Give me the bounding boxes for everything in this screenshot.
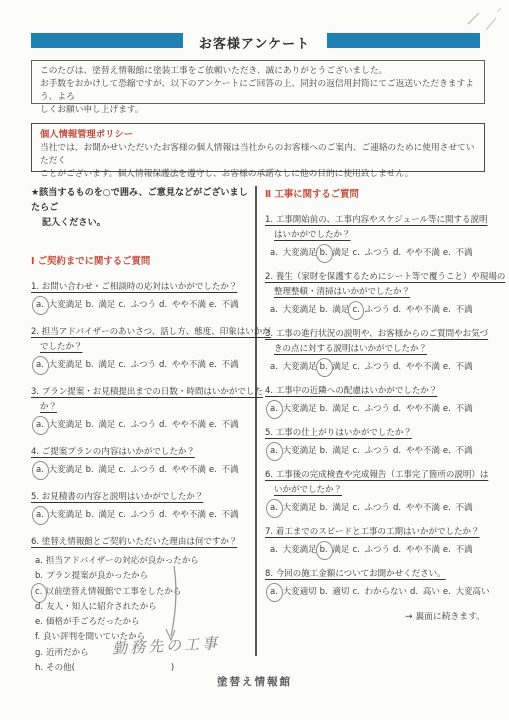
option-label: ふつう [362,362,390,372]
option-label: 大変満足 [46,300,83,310]
option-key: b. [320,585,328,599]
option-c: c. ふつう [352,446,390,456]
option-key: d. [159,358,167,372]
circled-answer-mark: c. [35,585,42,600]
right-column: Ⅱ 工事に関するご質問 1. 工事開始前の、工事内容やスケジュール等に関する説明… [265,186,487,622]
text-line: きの点に対する説明はいかがでしたか？ [265,342,487,357]
option-key: b. [320,444,328,458]
option-key: e. [209,298,217,312]
option-key: c. [118,418,125,432]
option-d: d. やや不満 [159,465,206,475]
option-label: 満足 [330,404,350,414]
option-e: e. 不満 [443,545,473,555]
s2-question-2: 2. 養生（家財を保護するためにシート等で覆うこと）や現場の整理整頓・清掃はいか… [265,270,487,317]
option-key: d. [393,402,401,416]
option-b: b. 満足 [320,545,350,555]
option-label: 大変満足 [280,248,317,258]
text-line: 3. プラン提案・お見積提出までの日数・時間はいかがでした [31,385,253,400]
s1-q1-title: 1. お問い合わせ・ご相談時の応対はいかがでしたか？ [31,280,253,295]
choice-key: a. [35,554,43,569]
survey-page: お客様アンケート このたびは、塗替え情報館に塗装工事をご依頼いただき、誠にありが… [0,0,509,720]
option-key: d. [159,508,167,522]
text-line: 4. 工事中の近隣への配慮はいかがでしたか？ [265,384,487,399]
s2-q2-options: a. 大変満足b. 満足c. ふつうd. やや不満e. 不満 [265,303,487,317]
option-d: d. やや不満 [393,446,440,456]
text-line: しくお願い申し上げます。 [40,104,476,117]
instruction-note: ★該当するものを○で囲み、ご意見などがございましたらご記入ください。 [31,186,253,231]
text-line: 2. 養生（家財を保護するためにシート等で覆うこと）や現場の [265,270,487,285]
text-line: 1. お問い合わせ・ご相談時の応対はいかがでしたか？ [31,280,253,295]
option-label: ふつう [362,446,390,456]
option-b: b. 満足 [320,503,350,513]
option-c: c. ふつう [352,362,390,372]
option-d: d. やや不満 [393,404,440,414]
left-column: ★該当するものを○で囲み、ご意見などがございましたらご記入ください。 Ⅰ ご契約… [31,186,253,689]
option-label: やや不満 [403,503,440,513]
option-key: d. [159,298,167,312]
option-c: c. わからない [352,587,407,597]
s2-question-8: 8. 今回の施工金額についてお聞かせください。 a. 大変適切b. 適切c. わ… [265,567,487,599]
s2-q7-options: a. 大変満足b. 満足c. ふつうd. やや不満e. 不満 [265,543,487,557]
option-c: c. ふつう [352,545,390,555]
option-label: 高い [420,587,440,597]
option-key: e. [443,444,451,458]
option-label: 不満 [219,510,239,520]
choice-key: f. [35,630,40,645]
option-label: 満足 [96,420,116,430]
option-d: d. やや不満 [159,360,206,370]
option-a: a. 大変満足 [270,545,317,555]
option-label: 満足 [330,305,350,315]
choice-label: 以前塗替え情報館で工事をしたから [45,587,181,597]
option-label: 大変満足 [46,420,83,430]
choice-label: プラン提案が良かったから [46,571,148,581]
option-c: c. ふつう [352,503,390,513]
option-b: b. 満足 [320,305,350,315]
circled-answer-mark: a. [270,585,278,599]
option-label: 満足 [96,300,116,310]
s2-question-5: 5. 工事の仕上がりはいかがでしたか？ a. 大変満足b. 満足c. ふつうd.… [265,426,487,458]
circled-answer-mark: a. [36,358,44,372]
s1-q4-options: a. 大変満足b. 満足c. ふつうd. やや不満e. 不満 [31,463,253,477]
option-b: b. 満足 [320,362,350,372]
option-e: e. 不満 [209,510,239,520]
policy-body: 当社では、お聞かせいただいたお客様の個人情報は当社からのお客様へのご案内、ご連絡… [40,142,476,181]
text-line: でしたか？ [31,340,253,355]
option-key: e. [443,402,451,416]
option-label: 満足 [330,446,350,456]
s2-q6-options: a. 大変満足b. 満足c. ふつうd. やや不満e. 不満 [265,501,487,515]
s2-q2-title: 2. 養生（家財を保護するためにシート等で覆うこと）や現場の整理整頓・清掃はいか… [265,270,487,300]
option-a: a. 大変満足 [36,300,83,310]
option-key: e. [443,303,451,317]
option-label: やや不満 [403,305,440,315]
text-line: お手数をおかけして恐縮ですが、以下のアンケートにご回答の上、同封の返信用封筒にて… [40,78,476,104]
section1-heading: Ⅰ ご契約までに関するご質問 [31,253,253,267]
option-key: c. [118,508,125,522]
s2-question-6: 6. 工事後の完成検査や完成報告（工事完了箇所の説明）はいかがでしたか？ a. … [265,468,487,515]
circled-answer-mark: b. [320,543,328,557]
option-label: 不満 [453,248,473,258]
circled-answer-mark: c. [352,303,359,317]
column-divider [255,186,257,656]
option-key: c. [352,360,359,374]
circled-answer-mark: a. [36,298,44,312]
option-key: a. [270,303,278,317]
text-line: はいかがでしたか？ [265,228,487,243]
option-key: e. [443,501,451,515]
option-key: d. [393,543,401,557]
option-label: ふつう [128,360,156,370]
option-key: b. [320,303,328,317]
option-label: 大変満足 [46,465,83,475]
option-c: c. ふつう [352,248,390,258]
choice-suffix: ) [171,663,174,673]
policy-heading: 個人情報管理ポリシー [40,128,476,141]
choice-key: e. [35,615,43,630]
option-label: 満足 [330,503,350,513]
option-label: 大変適切 [280,587,317,597]
option-label: 大変満足 [280,404,317,414]
option-key: b. [86,298,94,312]
option-label: 適切 [330,587,350,597]
option-label: やや不満 [169,465,206,475]
text-line: 5. 工事の仕上がりはいかがでしたか？ [265,426,487,441]
section2-heading: Ⅱ 工事に関するご質問 [265,186,487,200]
choice-a: a.担当アドバイザーの対応が良かったから [35,554,253,569]
choice-d: d.友人・知人に紹介されたから [35,600,253,615]
s2-q3-options: a. 大変満足b. 満足c. ふつうd. やや不満e. 不満 [265,360,487,374]
option-e: e. 不満 [443,248,473,258]
text-line: 5. お見積書の内容と説明はいかがでしたか？ [31,490,253,505]
option-label: 不満 [453,446,473,456]
option-label: わからない [362,587,407,597]
s1-question-5: 5. お見積書の内容と説明はいかがでしたか？ a. 大変満足b. 満足c. ふつ… [31,490,253,522]
choice-label: その他( [46,663,75,673]
policy-box: 個人情報管理ポリシー 当社では、お聞かせいただいたお客様の個人情報は当社からのお… [31,123,485,172]
text-line: 当社では、お聞かせいただいたお客様の個人情報は当社からのお客様へのご案内、ご連絡… [40,142,476,168]
option-key: d. [159,463,167,477]
option-label: 不満 [453,545,473,555]
s1-question-1: 1. お問い合わせ・ご相談時の応対はいかがでしたか？ a. 大変満足b. 満足c… [31,280,253,312]
option-b: b. 満足 [320,404,350,414]
option-e: e. 不満 [443,503,473,513]
option-label: 大変高い [453,587,490,597]
option-key: c. [352,543,359,557]
s2-question-1: 1. 工事開始前の、工事内容やスケジュール等に関する説明はいかがでしたか？ a.… [265,213,487,260]
text-line: 6. 工事後の完成検査や完成報告（工事完了箇所の説明）は [265,468,487,483]
s2-q6-title: 6. 工事後の完成検査や完成報告（工事完了箇所の説明）はいかがでしたか？ [265,468,487,498]
option-e: e. 不満 [209,300,239,310]
option-c: c. ふつう [118,510,156,520]
s2-q4-title: 4. 工事中の近隣への配慮はいかがでしたか？ [265,384,487,399]
s2-q4-options: a. 大変満足b. 満足c. ふつうd. やや不満e. 不満 [265,402,487,416]
option-a: a. 大変満足 [270,404,317,414]
option-key: d. [159,418,167,432]
option-c: c. ふつう [118,420,156,430]
choice-label: 価格が手ごろだったから [46,617,140,627]
option-b: b. 満足 [86,360,116,370]
choice-b: b.プラン提案が良かったから [35,569,253,584]
option-key: e. [209,463,217,477]
option-a: a. 大変満足 [270,248,317,258]
option-label: 不満 [219,360,239,370]
circled-answer-mark: b. [320,246,328,260]
option-d: d. やや不満 [159,510,206,520]
circled-answer-mark: a. [36,418,44,432]
option-b: b. 満足 [86,300,116,310]
circled-answer-mark: a. [36,508,44,522]
option-key: c. [118,298,125,312]
s1-question-2: 2. 担当アドバイザーのあいさつ、話し方、態度、印象はいかがでしたか？ a. 大… [31,325,253,372]
s2-q5-title: 5. 工事の仕上がりはいかがでしたか？ [265,426,487,441]
option-d: d. やや不満 [159,420,206,430]
option-c: c. ふつう [118,360,156,370]
option-d: d. やや不満 [393,545,440,555]
text-line: 記入ください。 [31,216,253,231]
option-label: 大変満足 [280,503,317,513]
s1-question-3: 3. プラン提案・お見積提出までの日数・時間はいかがでしたか？ a. 大変満足b… [31,385,253,432]
option-c: c. ふつう [118,465,156,475]
option-label: ふつう [362,503,390,513]
option-label: 不満 [453,362,473,372]
option-label: 大変満足 [46,360,83,370]
text-line: ことがございます。個人情報保護法を遵守し、お客様の承諾なしに他の目的に使用致しま… [40,168,476,181]
option-a: a. 大変満足 [270,362,317,372]
choice-c: c.以前塗替え情報館で工事をしたから [35,585,253,600]
choice-e: e.価格が手ごろだったから [35,615,253,630]
option-label: 不満 [219,420,239,430]
text-line: 2. 担当アドバイザーのあいさつ、話し方、態度、印象はいかが [31,325,253,340]
option-e: e. 不満 [209,420,239,430]
text-line: 6. 塗替え情報館とご契約いただいた理由は何ですか？ [31,535,253,550]
option-key: b. [86,463,94,477]
option-label: 大変満足 [280,362,317,372]
option-e: e. 不満 [443,404,473,414]
option-key: c. [118,358,125,372]
choice-key: g. [35,646,43,661]
option-label: 不満 [219,465,239,475]
text-line: 8. 今回の施工金額についてお聞かせください。 [265,567,487,582]
option-a: a. 大変満足 [270,503,317,513]
option-d: d. やや不満 [159,300,206,310]
option-label: ふつう [128,420,156,430]
option-label: やや不満 [169,420,206,430]
text-line: ★該当するものを○で囲み、ご意見などがございましたらご [31,186,253,216]
option-key: e. [443,585,451,599]
option-e: e. 不満 [209,360,239,370]
option-key: e. [443,543,451,557]
option-key: c. [352,501,359,515]
option-label: ふつう [128,300,156,310]
option-label: 大変満足 [280,545,317,555]
option-d: d. やや不満 [393,305,440,315]
option-b: b. 満足 [86,510,116,520]
s2-question-3: 3. 工事の進行状況の説明や、お客様からのご質問やお気づきの点に対する説明はいか… [265,327,487,374]
option-c: c. ふつう [118,300,156,310]
option-key: d. [393,246,401,260]
option-key: b. [86,418,94,432]
footer-logo: 塗替え情報館 [0,674,509,689]
option-key: b. [320,402,328,416]
option-key: e. [209,508,217,522]
choice-label: 担当アドバイザーの対応が良かったから [46,556,199,566]
circled-answer-mark: a. [36,463,44,477]
circled-answer-mark: a. [270,501,278,515]
text-line: 3. 工事の進行状況の説明や、お客様からのご質問やお気づ [265,327,487,342]
option-key: e. [443,360,451,374]
option-b: b. 満足 [320,248,350,258]
option-label: 大変満足 [280,305,317,315]
option-label: 満足 [96,360,116,370]
text-line: 1. 工事開始前の、工事内容やスケジュール等に関する説明 [265,213,487,228]
option-c: c. ふつう [352,404,390,414]
option-label: ふつう [128,465,156,475]
option-label: やや不満 [169,360,206,370]
s2-question-7: 7. 着工までのスピードと工事の工期はいかがでしたか？ a. 大変満足b. 満足… [265,525,487,557]
option-label: やや不満 [403,404,440,414]
option-e: e. 不満 [443,305,473,315]
option-e: e. 不満 [209,465,239,475]
s1-q2-options: a. 大変満足b. 満足c. ふつうd. やや不満e. 不満 [31,358,253,372]
option-label: 不満 [219,300,239,310]
option-label: ふつう [362,404,390,414]
option-label: 不満 [453,305,473,315]
s2-q1-title: 1. 工事開始前の、工事内容やスケジュール等に関する説明はいかがでしたか？ [265,213,487,243]
option-key: d. [393,360,401,374]
option-a: a. 大変満足 [36,420,83,430]
option-label: ふつう [362,545,390,555]
option-key: c. [352,585,359,599]
option-key: d. [393,303,401,317]
intro-box: このたびは、塗替え情報館に塗装工事をご依頼いただき、誠にありがとうございました。… [31,60,485,104]
circled-answer-mark: a. [270,402,278,416]
circled-answer-mark: b. [320,360,328,374]
option-b: b. 満足 [320,446,350,456]
option-b: b. 適切 [320,587,350,597]
circled-answer-mark: a. [270,444,278,458]
option-key: e. [443,246,451,260]
s1-q6-choices: a.担当アドバイザーの対応が良かったからb.プラン提案が良かったからc.以前塗替… [31,554,253,676]
option-label: やや不満 [403,248,440,258]
option-d: d. やや不満 [393,248,440,258]
option-label: やや不満 [403,362,440,372]
continue-note: → 裏面に続きます。 [265,609,487,622]
s1-q1-options: a. 大変満足b. 満足c. ふつうd. やや不満e. 不満 [31,298,253,312]
option-label: やや不満 [403,545,440,555]
option-label: やや不満 [169,300,206,310]
s2-q8-options: a. 大変適切b. 適切c. わからないd. 高いe. 大変高い [265,585,487,599]
option-d: d. 高い [410,587,440,597]
choice-label: 友人・知人に紹介されたから [46,602,157,612]
option-key: b. [86,508,94,522]
s2-q8-title: 8. 今回の施工金額についてお聞かせください。 [265,567,487,582]
option-key: a. [270,360,278,374]
option-label: ふつう [128,510,156,520]
text-line: か？ [31,400,253,415]
option-b: b. 満足 [86,465,116,475]
s1-q6-title: 6. 塗替え情報館とご契約いただいた理由は何ですか？ [31,535,253,550]
option-d: d. やや不満 [393,362,440,372]
s2-q1-options: a. 大変満足b. 満足c. ふつうd. やや不満e. 不満 [265,246,487,260]
option-key: a. [270,543,278,557]
s2-q7-title: 7. 着工までのスピードと工事の工期はいかがでしたか？ [265,525,487,540]
option-e: e. 大変高い [443,587,490,597]
s1-q5-options: a. 大変満足b. 満足c. ふつうd. やや不満e. 不満 [31,508,253,522]
header-accent-bar-right [327,33,480,48]
option-e: e. 不満 [443,362,473,372]
option-key: a. [270,246,278,260]
option-label: 大変満足 [280,446,317,456]
option-label: 満足 [96,510,116,520]
option-b: b. 満足 [86,420,116,430]
text-line: 7. 着工までのスピードと工事の工期はいかがでしたか？ [265,525,487,540]
option-label: 大変満足 [46,510,83,520]
option-label: ふつう [362,248,390,258]
text-line: 4. ご提案プランの内容はいかがでしたか？ [31,445,253,460]
option-key: d. [393,444,401,458]
option-a: a. 大変満足 [36,510,83,520]
choice-key: d. [35,600,43,615]
option-label: やや不満 [403,446,440,456]
option-a: a. 大変満足 [36,465,83,475]
option-label: 満足 [96,465,116,475]
s1-q3-title: 3. プラン提案・お見積提出までの日数・時間はいかがでしたか？ [31,385,253,415]
s1-q4-title: 4. ご提案プランの内容はいかがでしたか？ [31,445,253,460]
option-key: e. [209,358,217,372]
option-key: c. [352,444,359,458]
option-key: e. [209,418,217,432]
option-a: a. 大変満足 [270,305,317,315]
text-line: このたびは、塗替え情報館に塗装工事をご依頼いただき、誠にありがとうございました。 [40,65,476,78]
s1-q5-title: 5. お見積書の内容と説明はいかがでしたか？ [31,490,253,505]
s2-q5-options: a. 大変満足b. 満足c. ふつうd. やや不満e. 不満 [265,444,487,458]
option-key: c. [352,402,359,416]
option-d: d. やや不満 [393,503,440,513]
text-line: いかがでしたか？ [265,483,487,498]
s2-question-4: 4. 工事中の近隣への配慮はいかがでしたか？ a. 大変満足b. 満足c. ふつ… [265,384,487,416]
text-line: 整理整頓・清掃はいかがでしたか？ [265,285,487,300]
option-label: やや不満 [169,510,206,520]
option-key: b. [86,358,94,372]
option-e: e. 不満 [443,446,473,456]
s2-q3-title: 3. 工事の進行状況の説明や、お客様からのご質問やお気づきの点に対する説明はいか… [265,327,487,357]
option-label: 不満 [453,404,473,414]
option-key: d. [393,501,401,515]
choice-label: 近所だから [46,648,89,658]
option-a: a. 大変満足 [270,446,317,456]
option-key: d. [410,585,418,599]
option-label: ふつう [362,305,390,315]
s1-q3-options: a. 大変満足b. 満足c. ふつうd. やや不満e. 不満 [31,418,253,432]
s1-q2-title: 2. 担当アドバイザーのあいさつ、話し方、態度、印象はいかがでしたか？ [31,325,253,355]
option-key: b. [320,501,328,515]
s1-question-4: 4. ご提案プランの内容はいかがでしたか？ a. 大変満足b. 満足c. ふつう… [31,445,253,477]
option-c: c. ふつう [352,305,390,315]
option-key: c. [352,246,359,260]
option-a: a. 大変満足 [36,360,83,370]
option-a: a. 大変適切 [270,587,317,597]
option-label: 不満 [453,503,473,513]
option-key: c. [118,463,125,477]
